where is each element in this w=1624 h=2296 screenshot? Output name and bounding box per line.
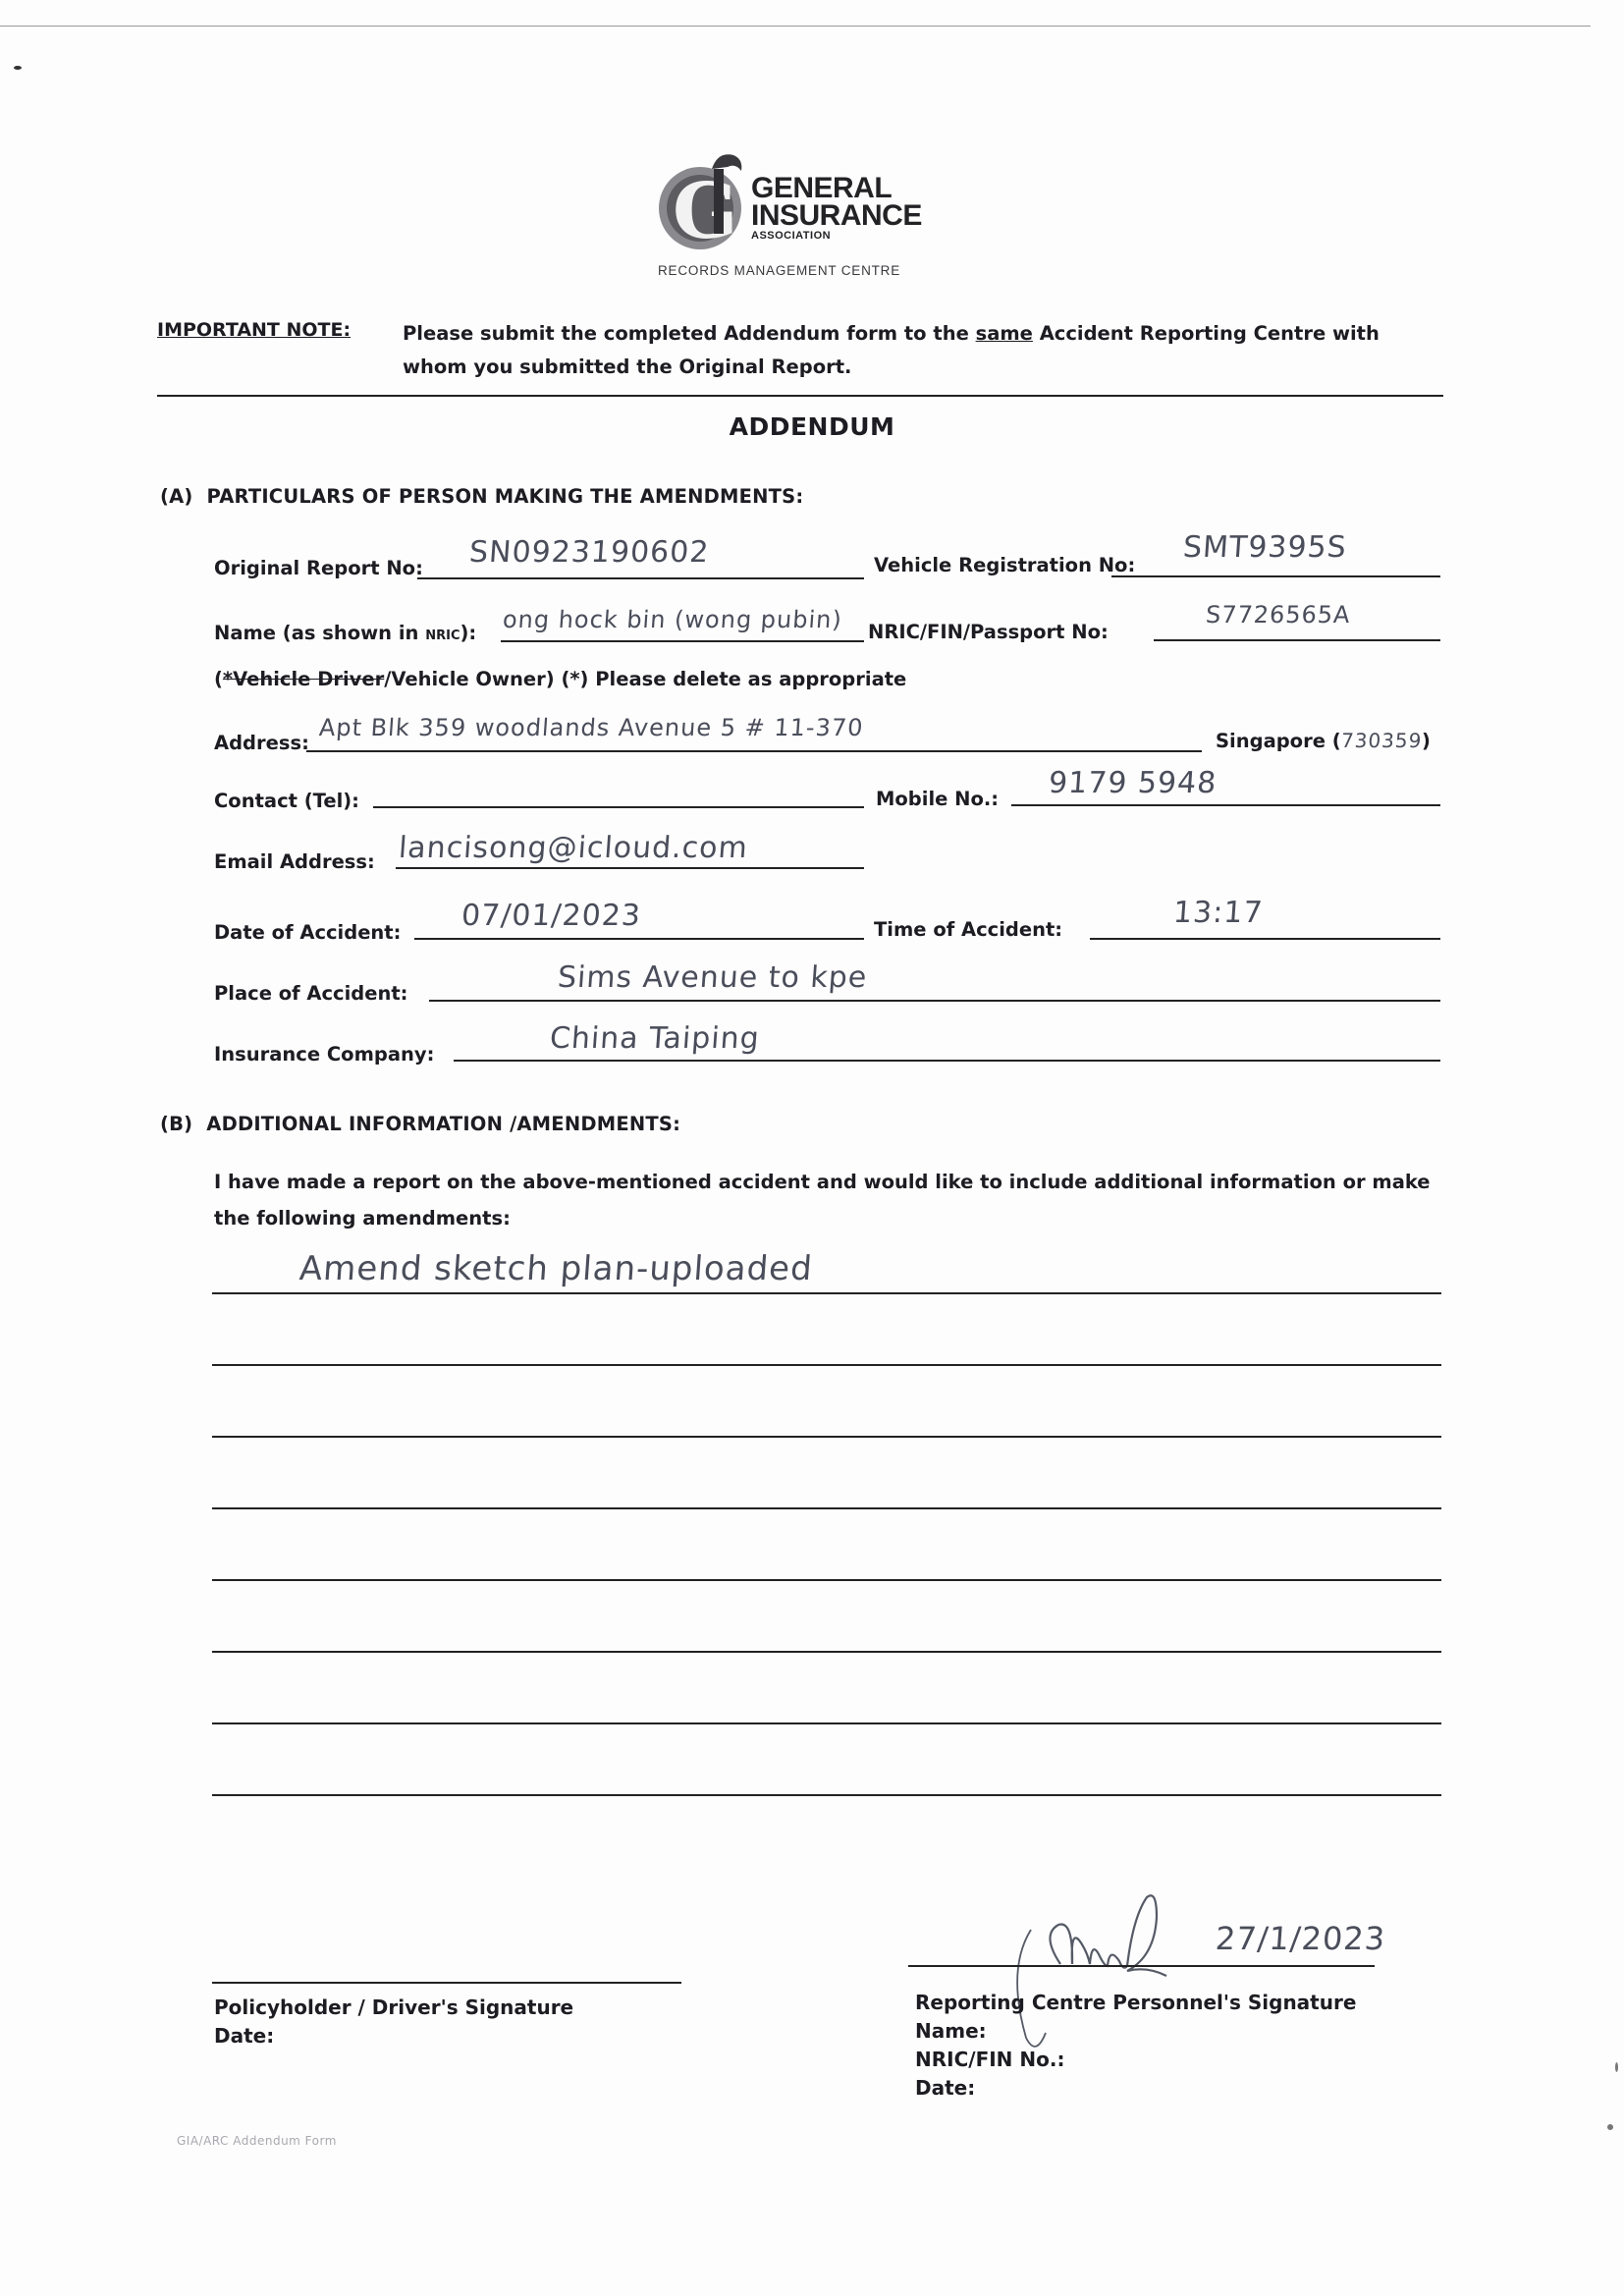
section-a-marker: (A) (160, 485, 193, 508)
mobile-line (1011, 804, 1440, 806)
svg-text:G: G (673, 167, 738, 255)
note-emphasis: same (976, 322, 1033, 345)
singapore-close: ) (1422, 730, 1431, 752)
scan-top-edge (0, 26, 1591, 27)
name-line (501, 640, 864, 642)
amendment-line (212, 1579, 1441, 1581)
vehicle-reg-line (1111, 575, 1440, 577)
reporting-signed-date: 27/1/2023 (1215, 1920, 1387, 1957)
name-label: Name (as shown in NRIC): (214, 622, 476, 644)
policyholder-signature-block: Policyholder / Driver's Signature Date: (214, 1994, 573, 2050)
header-divider (157, 395, 1443, 397)
date-accident-label: Date of Accident: (214, 921, 401, 944)
section-b-heading: (B) ADDITIONAL INFORMATION /AMENDMENTS: (160, 1113, 680, 1135)
time-accident-label: Time of Accident: (874, 918, 1062, 941)
scan-mark (1607, 2124, 1613, 2130)
name-field[interactable]: ong hock bin (wong pubin) (502, 606, 843, 633)
amendment-text-field[interactable]: Amend sketch plan-uploaded (298, 1249, 815, 1288)
logo-line2: INSURANCE (751, 202, 922, 230)
insurance-company-field[interactable]: China Taiping (549, 1021, 761, 1056)
amendment-line (212, 1722, 1441, 1724)
form-title: ADDENDUM (0, 412, 1624, 441)
insurance-company-line (454, 1060, 1440, 1062)
name-label-end: ): (460, 622, 477, 644)
important-note-label: IMPORTANT NOTE: (157, 319, 351, 341)
amendment-line (212, 1364, 1441, 1366)
role-struck-option: *Vehicle Driver (223, 668, 384, 690)
vehicle-reg-label: Vehicle Registration No: (874, 554, 1135, 576)
amendment-line (212, 1436, 1441, 1438)
role-note: (*Vehicle Driver/Vehicle Owner) (*) Plea… (214, 668, 906, 690)
original-report-line (417, 577, 864, 579)
place-accident-line (429, 1000, 1440, 1002)
date-accident-field[interactable]: 07/01/2023 (460, 899, 642, 933)
form-footer-code: GIA/ARC Addendum Form (177, 2134, 337, 2148)
postal-code-field[interactable]: 730359 (1340, 729, 1423, 752)
original-report-label: Original Report No: (214, 557, 423, 579)
reporting-signature-label: Reporting Centre Personnel's Signature (915, 1989, 1356, 2017)
address-label: Address: (214, 732, 309, 754)
reporting-date-label: Date: (915, 2074, 1356, 2103)
reporting-signature-line[interactable] (908, 1965, 1375, 1967)
date-accident-line (414, 938, 864, 940)
mobile-label: Mobile No.: (876, 788, 999, 810)
insurance-company-label: Insurance Company: (214, 1043, 434, 1066)
singapore-label-text: Singapore ( (1216, 730, 1341, 752)
gia-logo-mark-icon: G (653, 147, 761, 255)
logo-wordmark: GENERAL INSURANCE ASSOCIATION (751, 175, 922, 243)
important-note-text: Please submit the completed Addendum for… (403, 317, 1443, 384)
mobile-field[interactable]: 9179 5948 (1048, 766, 1218, 800)
nric-label: NRIC/FIN/Passport No: (868, 621, 1109, 643)
policyholder-date-label: Date: (214, 2022, 573, 2050)
policyholder-signature-label: Policyholder / Driver's Signature (214, 1994, 573, 2022)
name-label-main: Name (as shown in (214, 622, 425, 644)
amendment-line (212, 1292, 1441, 1294)
reporting-signature-block: Reporting Centre Personnel's Signature N… (915, 1989, 1356, 2103)
original-report-field[interactable]: SN0923190602 (468, 535, 711, 570)
time-accident-field[interactable]: 13:17 (1172, 896, 1265, 930)
amendment-line (212, 1651, 1441, 1653)
email-line (396, 867, 864, 869)
contact-tel-line (373, 806, 864, 808)
email-field[interactable]: lancisong@icloud.com (398, 831, 749, 865)
section-b-title: ADDITIONAL INFORMATION /AMENDMENTS: (206, 1113, 680, 1135)
section-a-heading: (A) PARTICULARS OF PERSON MAKING THE AME… (160, 485, 803, 508)
place-accident-field[interactable]: Sims Avenue to kpe (557, 960, 869, 995)
section-b-intro: I have made a report on the above-mentio… (214, 1164, 1451, 1236)
amendment-line (212, 1794, 1441, 1796)
section-a-title: PARTICULARS OF PERSON MAKING THE AMENDME… (207, 485, 804, 508)
scan-mark (1615, 2062, 1618, 2072)
note-text-part1: Please submit the completed Addendum for… (403, 322, 976, 345)
policyholder-signature-line[interactable] (212, 1982, 681, 1984)
role-note-open: ( (214, 668, 223, 690)
contact-tel-label: Contact (Tel): (214, 790, 359, 812)
email-label: Email Address: (214, 850, 375, 873)
name-label-nric: NRIC (425, 629, 460, 643)
reporting-name-label: Name: (915, 2017, 1356, 2046)
logo-subtitle: RECORDS MANAGEMENT CENTRE (658, 263, 900, 278)
role-note-rest: /Vehicle Owner) (*) Please delete as app… (384, 668, 906, 690)
section-b-marker: (B) (160, 1113, 192, 1135)
logo-line1: GENERAL (751, 175, 922, 202)
singapore-label: Singapore (730359) (1216, 729, 1431, 752)
gia-logo: G GENERAL INSURANCE ASSOCIATION RECORDS … (653, 147, 928, 285)
reporting-nric-label: NRIC/FIN No.: (915, 2046, 1356, 2074)
time-accident-line (1090, 938, 1440, 940)
vehicle-reg-field[interactable]: SMT9395S (1182, 530, 1348, 565)
nric-line (1154, 639, 1440, 641)
nric-field[interactable]: S7726565A (1205, 601, 1352, 629)
address-line (306, 750, 1202, 752)
address-field[interactable]: Apt Blk 359 woodlands Avenue 5 # 11-370 (318, 714, 864, 741)
amendment-line (212, 1507, 1441, 1509)
place-accident-label: Place of Accident: (214, 982, 407, 1005)
scan-mark (14, 66, 22, 70)
